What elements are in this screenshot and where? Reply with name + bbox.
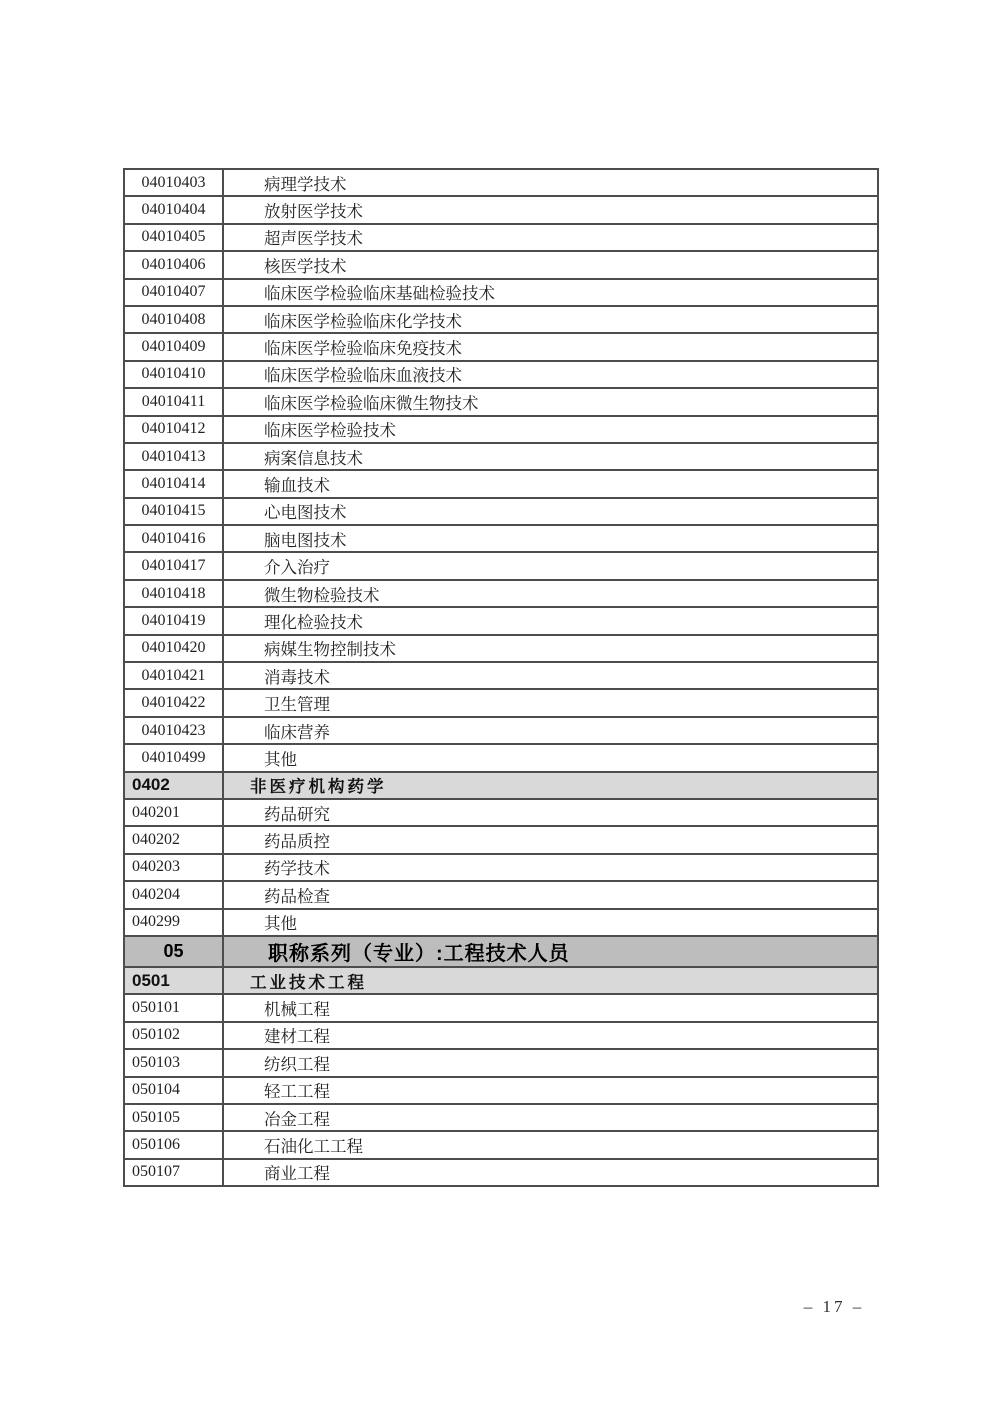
table-row: 04010414输血技术 [124,470,878,497]
name-cell: 临床医学检验临床化学技术 [223,306,878,333]
name-cell: 其他 [223,909,878,936]
code-cell: 04010407 [124,279,223,306]
name-cell: 病案信息技术 [223,443,878,470]
name-cell: 放射医学技术 [223,196,878,223]
code-cell: 040202 [124,826,223,853]
code-cell: 0402 [124,772,223,799]
code-cell: 040204 [124,881,223,908]
code-cell: 040203 [124,854,223,881]
table-row: 04010409临床医学检验临床免疫技术 [124,333,878,360]
name-cell: 微生物检验技术 [223,580,878,607]
code-cell: 04010423 [124,717,223,744]
table-row: 04010420病媒生物控制技术 [124,635,878,662]
table-row: 04010423临床营养 [124,717,878,744]
page-number: – 17 – [786,1297,882,1317]
document-page: 04010403病理学技术04010404放射医学技术04010405超声医学技… [0,0,999,1414]
table-row: 050101机械工程 [124,994,878,1021]
table-row: 050102建材工程 [124,1022,878,1049]
table-row-section: 0402非医疗机构药学 [124,772,878,799]
name-cell: 消毒技术 [223,662,878,689]
name-cell: 临床医学检验临床血液技术 [223,361,878,388]
table-row: 04010417介入治疗 [124,552,878,579]
code-cell: 05 [124,936,223,967]
name-cell: 药品研究 [223,799,878,826]
name-cell: 心电图技术 [223,498,878,525]
table-row: 040202药品质控 [124,826,878,853]
name-cell: 冶金工程 [223,1104,878,1131]
name-cell: 非医疗机构药学 [223,772,878,799]
profession-codes-table: 04010403病理学技术04010404放射医学技术04010405超声医学技… [123,168,879,1187]
table-row: 04010422卫生管理 [124,689,878,716]
code-cell: 050104 [124,1077,223,1104]
code-cell: 050103 [124,1049,223,1076]
table-row: 04010408临床医学检验临床化学技术 [124,306,878,333]
name-cell: 商业工程 [223,1159,878,1186]
code-cell: 04010416 [124,525,223,552]
name-cell: 病理学技术 [223,169,878,196]
code-cell: 04010404 [124,196,223,223]
table-row: 04010406核医学技术 [124,251,878,278]
table-row: 04010412临床医学检验技术 [124,416,878,443]
code-cell: 04010417 [124,552,223,579]
code-cell: 0501 [124,967,223,994]
name-cell: 药品质控 [223,826,878,853]
table-row: 04010499其他 [124,744,878,771]
name-cell: 超声医学技术 [223,224,878,251]
name-cell: 输血技术 [223,470,878,497]
code-cell: 04010408 [124,306,223,333]
code-cell: 050105 [124,1104,223,1131]
code-cell: 04010418 [124,580,223,607]
code-cell: 050101 [124,994,223,1021]
table-row: 050107商业工程 [124,1159,878,1186]
name-cell: 核医学技术 [223,251,878,278]
name-cell: 临床医学检验临床免疫技术 [223,333,878,360]
code-cell: 04010422 [124,689,223,716]
table-row-section: 0501工业技术工程 [124,967,878,994]
table-row: 04010407临床医学检验临床基础检验技术 [124,279,878,306]
name-cell: 药品检查 [223,881,878,908]
table-row: 050106石油化工工程 [124,1131,878,1158]
table-row: 050103纺织工程 [124,1049,878,1076]
code-cell: 04010420 [124,635,223,662]
code-cell: 050106 [124,1131,223,1158]
table-row: 04010421消毒技术 [124,662,878,689]
code-cell: 04010409 [124,333,223,360]
name-cell: 临床医学检验技术 [223,416,878,443]
table-row: 040204药品检查 [124,881,878,908]
name-cell: 职称系列（专业）:工程技术人员 [223,936,878,967]
name-cell: 机械工程 [223,994,878,1021]
code-cell: 04010405 [124,224,223,251]
code-cell: 04010414 [124,470,223,497]
code-cell: 040299 [124,909,223,936]
code-cell: 04010419 [124,607,223,634]
name-cell: 工业技术工程 [223,967,878,994]
table-body: 04010403病理学技术04010404放射医学技术04010405超声医学技… [124,169,878,1186]
table-row: 050105冶金工程 [124,1104,878,1131]
table-row: 04010411临床医学检验临床微生物技术 [124,388,878,415]
name-cell: 介入治疗 [223,552,878,579]
table-row: 050104轻工工程 [124,1077,878,1104]
name-cell: 石油化工工程 [223,1131,878,1158]
table-row: 04010418微生物检验技术 [124,580,878,607]
table-row: 040299其他 [124,909,878,936]
table-row-major: 05职称系列（专业）:工程技术人员 [124,936,878,967]
code-cell: 04010406 [124,251,223,278]
name-cell: 脑电图技术 [223,525,878,552]
code-cell: 050107 [124,1159,223,1186]
name-cell: 纺织工程 [223,1049,878,1076]
table-row: 04010413病案信息技术 [124,443,878,470]
code-cell: 050102 [124,1022,223,1049]
name-cell: 病媒生物控制技术 [223,635,878,662]
name-cell: 建材工程 [223,1022,878,1049]
table-row: 040201药品研究 [124,799,878,826]
table-row: 04010404放射医学技术 [124,196,878,223]
code-cell: 04010403 [124,169,223,196]
code-cell: 04010412 [124,416,223,443]
name-cell: 临床医学检验临床微生物技术 [223,388,878,415]
table-row: 04010403病理学技术 [124,169,878,196]
code-cell: 04010410 [124,361,223,388]
table-row: 04010410临床医学检验临床血液技术 [124,361,878,388]
code-cell: 04010499 [124,744,223,771]
table-row: 04010405超声医学技术 [124,224,878,251]
name-cell: 药学技术 [223,854,878,881]
table-row: 040203药学技术 [124,854,878,881]
table-row: 04010416脑电图技术 [124,525,878,552]
table-row: 04010415心电图技术 [124,498,878,525]
code-cell: 04010413 [124,443,223,470]
name-cell: 理化检验技术 [223,607,878,634]
code-cell: 04010415 [124,498,223,525]
code-cell: 04010411 [124,388,223,415]
code-cell: 04010421 [124,662,223,689]
code-cell: 040201 [124,799,223,826]
name-cell: 临床营养 [223,717,878,744]
name-cell: 临床医学检验临床基础检验技术 [223,279,878,306]
name-cell: 轻工工程 [223,1077,878,1104]
table-row: 04010419理化检验技术 [124,607,878,634]
name-cell: 卫生管理 [223,689,878,716]
name-cell: 其他 [223,744,878,771]
